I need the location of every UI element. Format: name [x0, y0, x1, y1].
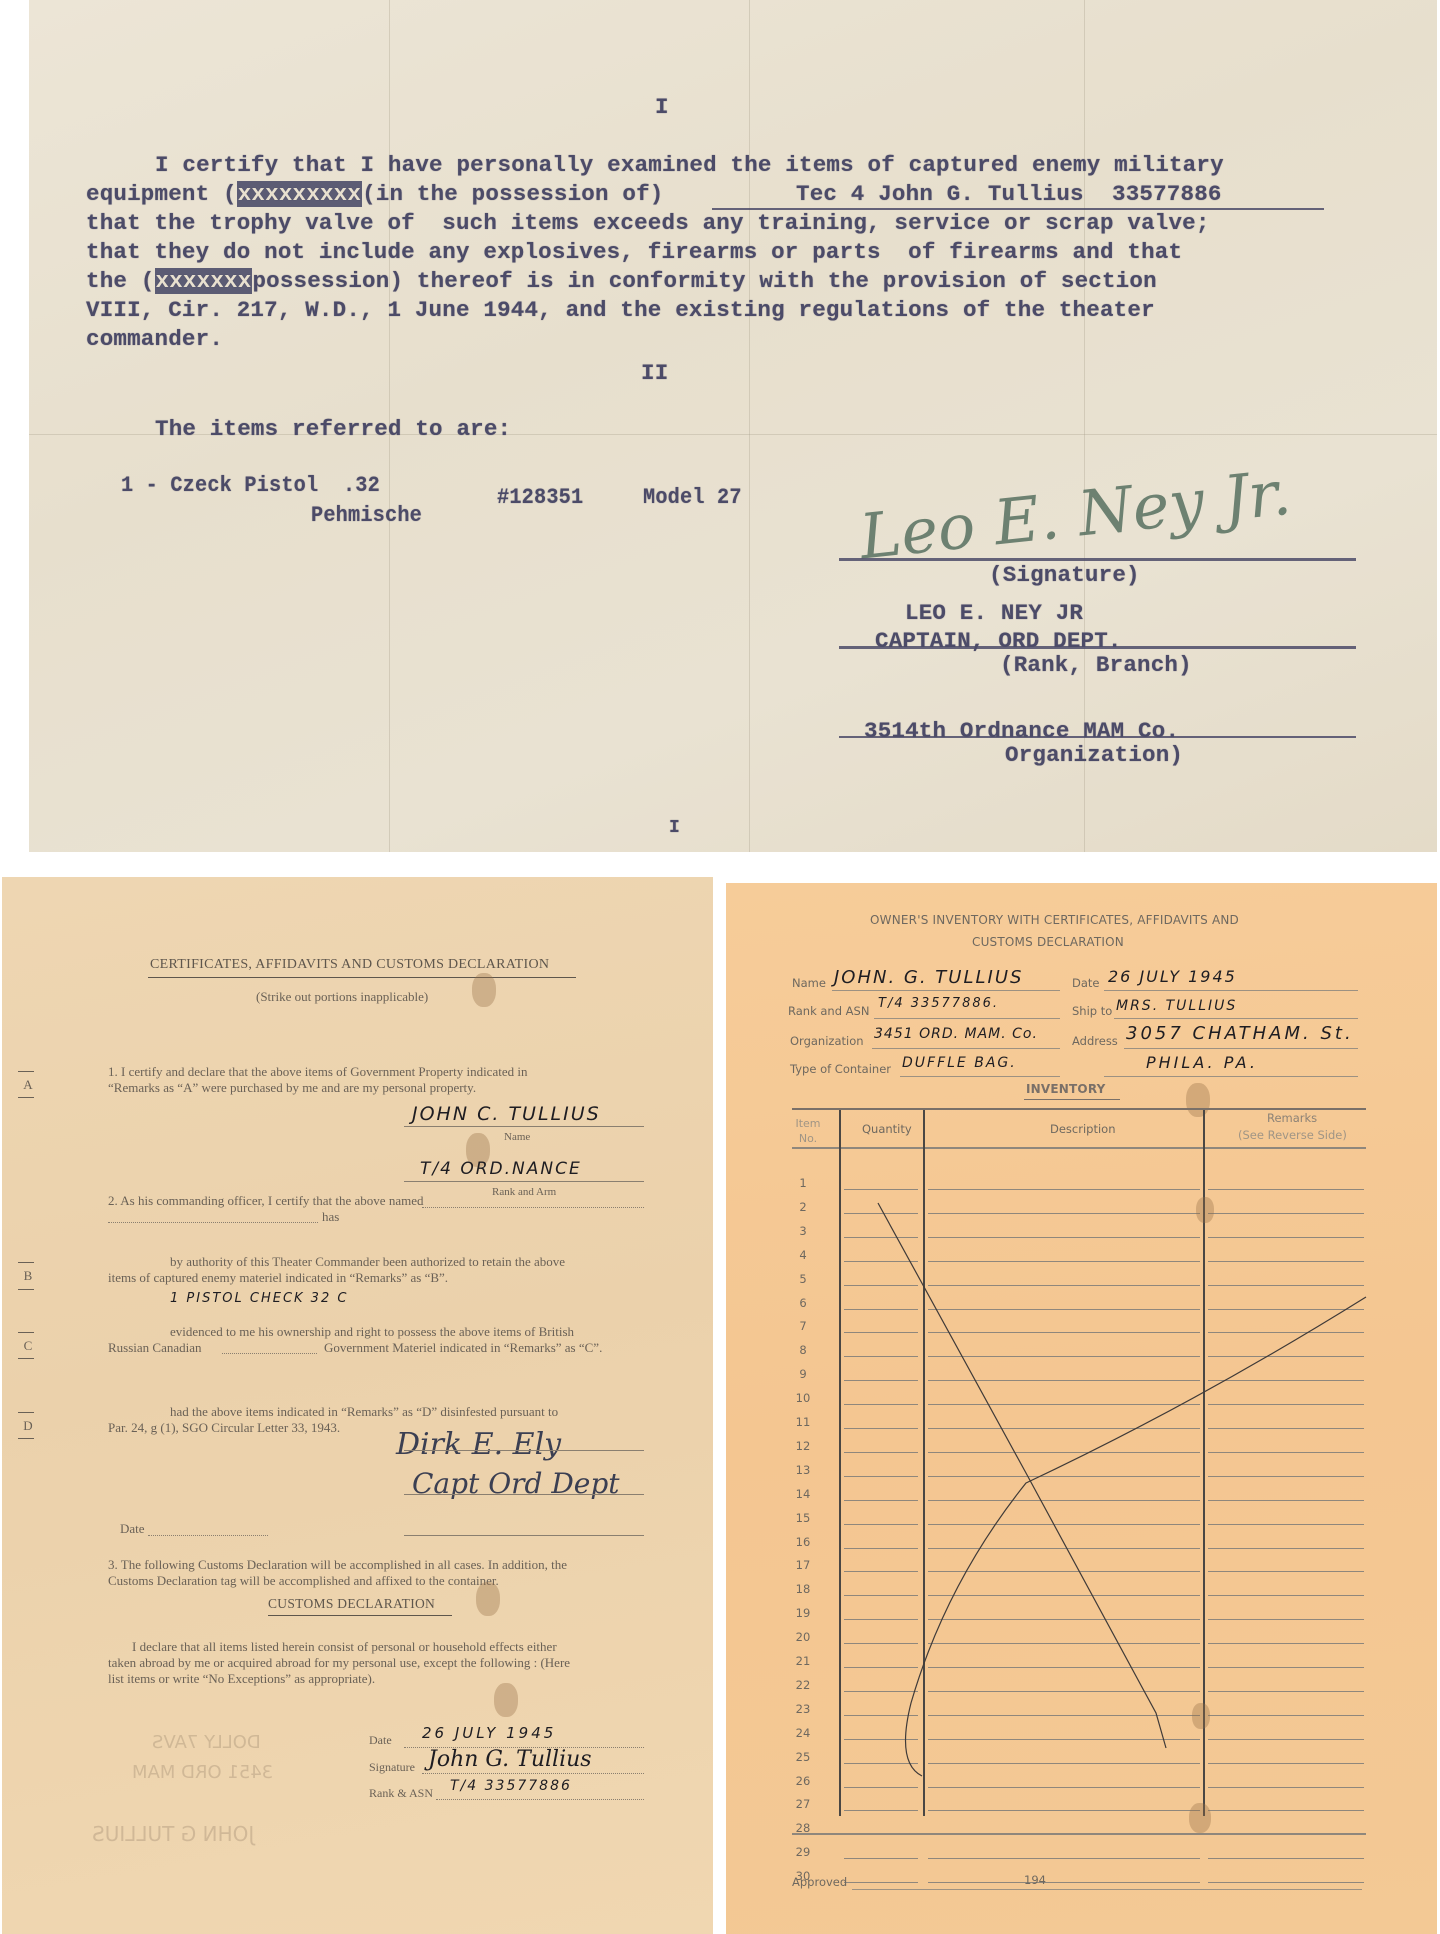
- officer-signature-line: [404, 1450, 644, 1451]
- approved-year: 194: [1024, 1873, 1046, 1887]
- section-b-handwritten-item: 1 PISTOL CHECK 32 C: [170, 1291, 348, 1306]
- section-a-marker: A: [22, 1077, 34, 1093]
- title-underline: [148, 977, 576, 978]
- section-c-line-2a: Russian Canadian: [108, 1340, 202, 1356]
- footer-date-value: 26 JULY 1945: [422, 1724, 556, 1742]
- stain: [472, 973, 496, 1007]
- marker-dash: [18, 1358, 34, 1359]
- certificate-line-6: VIII, Cir. 217, W.D., 1 June 1944, and t…: [86, 297, 1155, 323]
- customs-title-underline: [268, 1615, 452, 1616]
- marker-dash: [18, 1289, 34, 1290]
- section-c-blank: [222, 1353, 317, 1354]
- section-d-line-2: Par. 24, g (1), SGO Circular Letter 33, …: [108, 1420, 340, 1436]
- section-2-line-2: has: [322, 1209, 339, 1225]
- approved-line: [852, 1889, 1362, 1890]
- stain: [494, 1683, 518, 1717]
- footer-rank-asn-line: [436, 1799, 644, 1800]
- organization-label: Organization): [1005, 742, 1183, 768]
- signature-line: [839, 558, 1356, 561]
- section-c-marker: C: [22, 1338, 34, 1354]
- section-2-line-1: 2. As his commanding officer, I certify …: [108, 1193, 423, 1209]
- section-c-line-1: evidenced to me his ownership and right …: [170, 1324, 574, 1340]
- marker-dash: [18, 1332, 34, 1333]
- certificate-line-2: equipment (xxxxxxxxx(in the possession o…: [86, 181, 664, 207]
- section-b-line-1: by authority of this Theater Commander b…: [170, 1254, 565, 1270]
- certificate-line-3: that the trophy valve of such items exce…: [86, 210, 1210, 236]
- customs-text-line-1: I declare that all items listed herein c…: [132, 1639, 557, 1655]
- marker-dash: [18, 1412, 34, 1413]
- footer-signature-line: [422, 1773, 644, 1774]
- strike-through-x-mark: [726, 883, 1437, 1934]
- certificate-line-7: commander.: [86, 326, 223, 352]
- bleed-through-text: DOLLY 7AVS: [152, 1732, 261, 1753]
- signature-label: (Signature): [989, 562, 1140, 588]
- stain: [1196, 1197, 1214, 1223]
- rank-label: Rank and Arm: [492, 1184, 556, 1200]
- signer-name: LEO E. NEY JR: [905, 600, 1083, 626]
- page-mark: I: [669, 818, 680, 838]
- section-two-label: II: [641, 360, 668, 386]
- item-serial: #128351: [497, 484, 583, 510]
- officer-extra-line: [404, 1535, 644, 1536]
- inventory-form-document: OWNER'S INVENTORY WITH CERTIFICATES, AFF…: [726, 883, 1437, 1934]
- named-blank: [422, 1207, 644, 1208]
- name-label: Name: [504, 1129, 530, 1145]
- section-d-marker: D: [22, 1418, 34, 1434]
- signer-rank: CAPTAIN, ORD DEPT.: [875, 628, 1122, 654]
- customs-text-line-3: list items or write “No Exceptions” as a…: [108, 1671, 375, 1687]
- marker-dash: [18, 1097, 34, 1098]
- section-b-marker: B: [22, 1268, 34, 1284]
- officer-signature: Dirk E. Ely: [396, 1427, 561, 1462]
- bleed-through-text: 3451 ORD MAM: [132, 1762, 273, 1783]
- handwritten-signature: Leo E. Ney Jr.: [856, 456, 1294, 574]
- footer-signature-label: Signature: [369, 1759, 415, 1775]
- customs-declaration-title: CUSTOMS DECLARATION: [268, 1596, 435, 1612]
- name-line: [404, 1126, 644, 1127]
- section-a-line-2: “Remarks as “A” were purchased by me and…: [108, 1080, 476, 1096]
- section-3-line-2: Customs Declaration tag will be accompli…: [108, 1573, 499, 1589]
- approved-label: Approved: [792, 1875, 847, 1889]
- certificate-line-4: that they do not include any explosives,…: [86, 239, 1182, 265]
- section-one-label: I: [655, 94, 669, 120]
- officer-rank-handwritten: Capt Ord Dept: [412, 1467, 620, 1500]
- section-3-line-1: 3. The following Customs Declaration wil…: [108, 1557, 567, 1573]
- item-maker: Pehmische: [311, 502, 422, 528]
- item-description: 1 - Czeck Pistol .32: [121, 472, 380, 498]
- stain: [1192, 1703, 1210, 1729]
- date-blank: [148, 1535, 268, 1536]
- form-title: CERTIFICATES, AFFIDAVITS AND CUSTOMS DEC…: [150, 957, 549, 973]
- customs-text-line-2: taken abroad by me or acquired abroad fo…: [108, 1655, 570, 1671]
- marker-dash: [18, 1071, 34, 1072]
- rank-line: [839, 646, 1356, 649]
- trophy-certificate-document: I I certify that I have personally exami…: [29, 0, 1437, 852]
- redacted-text: xxxxxxx: [155, 268, 253, 294]
- certificate-line-5: the (xxxxxxxpossession) thereof is in co…: [86, 268, 1157, 294]
- organization-name: 3514th Ordnance MAM Co.: [864, 718, 1179, 744]
- section-a-line-1: 1. I certify and declare that the above …: [108, 1064, 527, 1080]
- affidavit-form-document: CERTIFICATES, AFFIDAVITS AND CUSTOMS DEC…: [2, 877, 713, 1934]
- footer-rank-asn-value: T/4 33577886: [450, 1778, 572, 1794]
- date-label: Date: [120, 1521, 145, 1537]
- table-bottom-border: [792, 1833, 1366, 1835]
- footer-rank-asn-label: Rank & ASN: [369, 1785, 433, 1801]
- stain: [1189, 1803, 1211, 1833]
- marker-dash: [18, 1438, 34, 1439]
- section-d-line-1: had the above items indicated in “Remark…: [170, 1404, 558, 1420]
- rank-line: [404, 1181, 644, 1182]
- owner-rank-handwritten: T/4 ORD.NANCE: [420, 1159, 582, 1179]
- bleed-through-text: JOHN G TULLIUS: [92, 1822, 254, 1846]
- owner-name-handwritten: JOHN C. TULLIUS: [412, 1103, 601, 1125]
- footer-date-label: Date: [369, 1732, 392, 1748]
- certificate-line-1: I certify that I have personally examine…: [155, 152, 1224, 178]
- item-model: Model 27: [643, 484, 742, 510]
- marker-dash: [18, 1262, 34, 1263]
- named-blank-2: [108, 1222, 318, 1223]
- organization-line: [839, 736, 1356, 738]
- possessor-serial: 33577886: [1112, 181, 1222, 207]
- redacted-text: xxxxxxxxx: [237, 181, 362, 207]
- stain: [476, 1582, 500, 1616]
- section-b-line-2: items of captured enemy materiel indicat…: [108, 1270, 448, 1286]
- possessor-name: Tec 4 John G. Tullius: [796, 181, 1084, 207]
- footer-signature-value: John G. Tullius: [428, 1747, 592, 1772]
- rank-label: (Rank, Branch): [1000, 652, 1192, 678]
- officer-rank-line: [404, 1494, 644, 1495]
- items-intro: The items referred to are:: [155, 416, 511, 442]
- form-subtitle: (Strike out portions inapplicable): [256, 989, 428, 1005]
- fold-crease: [749, 0, 750, 852]
- section-c-line-2b: Government Materiel indicated in “Remark…: [324, 1340, 602, 1356]
